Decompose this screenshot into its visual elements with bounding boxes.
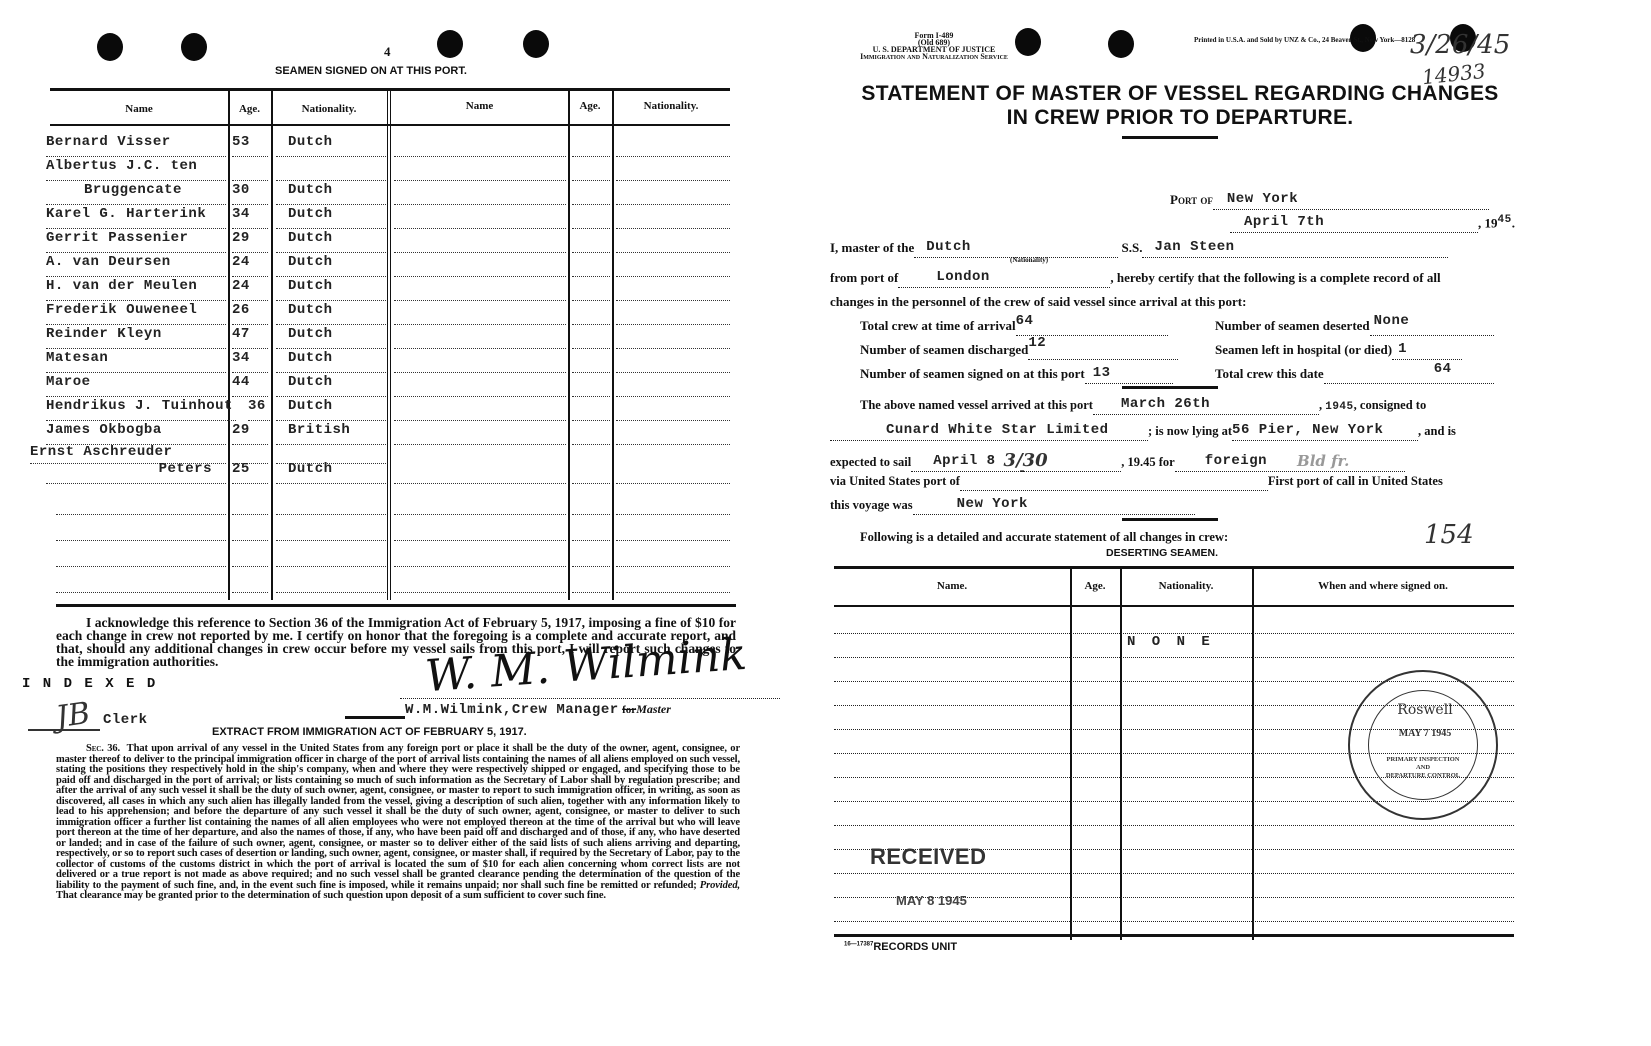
empty-cell (616, 326, 730, 349)
seaman-age: 24 (232, 278, 268, 301)
stat-total-date: Total crew this date64 (1215, 366, 1494, 384)
form-header: Form I-489 (Old 689) U. S. DEPARTMENT OF… (834, 32, 1034, 60)
punch-hole (523, 30, 549, 58)
deserting-col-signed-on: When and where signed on. (1252, 580, 1514, 592)
seaman-nationality: British (276, 422, 386, 445)
table-row: Frederik Ouweneel 26 Dutch (0, 302, 740, 326)
stat-value: None (1370, 313, 1410, 329)
stamp-text: PRIMARY INSPECTION AND DEPARTURE CONTROL (1366, 756, 1480, 780)
stat-value: 1 (1392, 341, 1407, 357)
vessel-name: Jan Steen (1142, 239, 1234, 255)
expected-year: 19.45 (1127, 455, 1155, 469)
column-header-name-2: Name (391, 100, 568, 112)
received-stamp-date: MAY 8 1945 (896, 893, 967, 908)
seaman-name: Gerrit Passenier (46, 230, 226, 253)
empty-cell (616, 461, 730, 484)
empty-cell (572, 326, 610, 349)
empty-cell (394, 374, 566, 397)
stat-label: Number of seamen signed on at this port (860, 366, 1085, 381)
seaman-age: 26 (232, 302, 268, 325)
destination-value: foreign (1175, 453, 1267, 469)
table-row-empty (0, 570, 740, 594)
empty-cell (616, 398, 730, 421)
seaman-nationality: Dutch (276, 350, 386, 373)
table-row: Maroe 44 Dutch (0, 374, 740, 398)
empty-cell (616, 230, 730, 253)
ss-label: S.S. (1122, 240, 1143, 255)
handwritten-date-note: 3/26/45 (1410, 30, 1510, 60)
table-row-empty (0, 492, 740, 516)
arrived-line: The above named vessel arrived at this p… (860, 398, 1426, 415)
seaman-name: Karel G. Harterink (46, 206, 226, 229)
empty-cell (572, 544, 610, 567)
empty-cell (232, 544, 268, 567)
changes-text: changes in the personnel of the crew of … (830, 294, 1246, 310)
signatory: W.M.Wilmink,Crew Manager forMaster (405, 702, 671, 718)
empty-cell (572, 492, 610, 515)
stat-value: 12 (1028, 335, 1046, 351)
extract-title: EXTRACT FROM IMMIGRATION ACT OF FEBRUARY… (212, 726, 527, 738)
vessel-field: Jan Steen (1142, 240, 1448, 258)
empty-cell (276, 492, 386, 515)
stat-discharged: Number of seamen discharged12 (860, 342, 1178, 360)
stat-total-arrival: Total crew at time of arrival64 (860, 318, 1168, 336)
stamp-date: MAY 7 1945 (1380, 728, 1470, 739)
stat-value: 64 (1016, 313, 1034, 329)
table-row: Reinder Kleyn 47 Dutch (0, 326, 740, 350)
empty-cell (616, 422, 730, 445)
empty-cell (394, 518, 566, 541)
empty-cell (572, 350, 610, 373)
empty-cell (394, 461, 566, 484)
seaman-name: Matesan (46, 350, 226, 373)
signatory-name: W.M.Wilmink,Crew Manager (405, 702, 619, 718)
first-port-label: First port of call in United States (1268, 474, 1443, 488)
port-of-label: Port of (1170, 192, 1213, 207)
lying-at-value: 56 Pier, New York (1232, 422, 1383, 438)
consigned-label: , consigned to (1354, 398, 1427, 412)
empty-cell (394, 134, 566, 157)
seaman-age: 24 (232, 254, 268, 277)
seaman-name: Bruggencate (46, 182, 226, 205)
empty-cell (572, 518, 610, 541)
voyage-label: this voyage was (830, 498, 913, 512)
footer-code: 16—17387 (844, 941, 873, 947)
table-bottom-rule (56, 604, 736, 607)
header-rule (834, 605, 1514, 607)
via-value: - (960, 464, 1027, 480)
seaman-age: 34 (232, 350, 268, 373)
received-stamp: RECEIVED (870, 844, 986, 870)
empty-cell (572, 158, 610, 181)
voyage-line: this voyage wasNew York (830, 498, 1195, 515)
stat-label: Number of seamen deserted (1215, 318, 1370, 333)
table-row: Albertus J.C. ten (0, 158, 740, 182)
seaman-nationality (276, 158, 386, 181)
table-row: Hendrikus J. Tuinhout 36 Dutch (0, 398, 740, 422)
via-label: via United States port of (830, 474, 960, 488)
stat-signed-on: Number of seamen signed on at this port1… (860, 366, 1173, 384)
empty-cell (616, 206, 730, 229)
printer-note: Printed in U.S.A. and Sold by UNZ & Co.,… (1194, 36, 1415, 44)
empty-cell (394, 492, 566, 515)
seaman-nationality: Dutch (276, 254, 386, 277)
seaman-name: Peters (46, 461, 226, 484)
empty-cell (232, 518, 268, 541)
empty-cell (232, 492, 268, 515)
stat-label: Seamen left in hospital (or died) (1215, 342, 1392, 357)
extract-tail: That clearance may be granted prior to t… (56, 890, 606, 901)
from-port-label: from port of (830, 270, 898, 285)
empty-cell (572, 254, 610, 277)
seaman-name: Reinder Kleyn (46, 326, 226, 349)
title-line-2: IN CREW PRIOR TO DEPARTURE. (830, 106, 1530, 130)
column-header-nationality-2: Nationality. (612, 100, 730, 112)
footer: 16—17387RECORDS UNIT (844, 941, 957, 953)
via-line: via United States port of-First port of … (830, 474, 1443, 491)
seaman-age: 29 (232, 422, 268, 445)
seaman-age: 29 (232, 230, 268, 253)
form-title: STATEMENT OF MASTER OF VESSEL REGARDING … (830, 82, 1530, 130)
empty-cell (572, 206, 610, 229)
title-rule (1122, 136, 1218, 139)
section-rule (1122, 518, 1218, 521)
deserting-col-name: Name. (834, 580, 1070, 592)
table-row: H. van der Meulen 24 Dutch (0, 278, 740, 302)
port-of-field: New York (1213, 192, 1489, 210)
date-line: April 7th, 1945. (1230, 214, 1515, 233)
seaman-age (232, 158, 268, 181)
master-line: I, master of theDutch S.S.Jan Steen (830, 240, 1448, 258)
column-header-name: Name (50, 103, 228, 115)
seaman-age: 30 (232, 182, 268, 205)
table-row-empty (0, 544, 740, 568)
seaman-name: A. van Deursen (46, 254, 226, 277)
for-label: for (1159, 455, 1175, 469)
empty-cell (616, 350, 730, 373)
punch-hole (1108, 30, 1134, 58)
empty-cell (572, 422, 610, 445)
table-row: James Okbogba 29 British (0, 422, 740, 446)
deserting-col-nationality: Nationality. (1120, 580, 1252, 592)
empty-cell (572, 570, 610, 593)
seaman-name: Frederik Ouweneel (46, 302, 226, 325)
seaman-age: 53 (232, 134, 268, 157)
empty-cell (616, 134, 730, 157)
empty-cell (394, 230, 566, 253)
consignee-line: Cunard White Star Limited; is now lying … (830, 424, 1456, 441)
stamp-text-3: DEPARTURE CONTROL (1366, 772, 1480, 780)
seaman-name: Maroe (46, 374, 226, 397)
certify-text: , hereby certify that the following is a… (1110, 270, 1440, 285)
table-row: Bernard Visser 53 Dutch (0, 134, 740, 158)
stat-label: Total crew this date (1215, 366, 1324, 381)
deserting-table-bottom (834, 934, 1514, 937)
master-of-label: I, master of the (830, 240, 914, 255)
nationality-value: Dutch (914, 239, 971, 255)
deserting-none-entry: N O N E (1127, 634, 1214, 650)
section-title: SEAMEN SIGNED ON AT THIS PORT. (275, 65, 467, 77)
arrived-value: March 26th (1093, 396, 1210, 412)
service: Immigration and Naturalization Service (834, 53, 1034, 60)
extract-text: Sec. 36. That upon arrival of any vessel… (56, 744, 740, 902)
seaman-age: 25 (232, 461, 268, 484)
table-row: A. van Deursen 24 Dutch (0, 254, 740, 278)
from-port-field: London (898, 270, 1110, 288)
year-value: 45 (1498, 214, 1512, 226)
empty-cell (616, 158, 730, 181)
empty-cell (56, 492, 226, 515)
page-number: 4 (384, 44, 391, 60)
stat-label: Total crew at time of arrival (860, 318, 1016, 333)
empty-cell (616, 544, 730, 567)
table-row: Bruggencate 30 Dutch (0, 182, 740, 206)
seaman-name: James Okbogba (46, 422, 226, 445)
lying-label: ; is now lying at (1148, 424, 1232, 438)
destination-handwritten: Bld fr. (1267, 452, 1349, 470)
nationality-caption: (Nationality) (1010, 256, 1048, 264)
empty-cell (616, 492, 730, 515)
stat-value: 13 (1085, 365, 1111, 381)
following-text: Following is a detailed and accurate sta… (860, 530, 1228, 545)
seaman-nationality: Dutch (276, 134, 386, 157)
empty-cell (616, 302, 730, 325)
stamp-city: Roswell (1380, 702, 1470, 718)
seaman-age: 44 (232, 374, 268, 397)
seaman-nationality: Dutch (276, 206, 386, 229)
empty-cell (232, 570, 268, 593)
date-value: April 7th (1230, 214, 1324, 230)
empty-cell (56, 518, 226, 541)
empty-cell (394, 182, 566, 205)
from-port-line: from port ofLondon, hereby certify that … (830, 270, 1441, 288)
seaman-nationality: Dutch (276, 374, 386, 397)
stamp-text-1: PRIMARY INSPECTION (1366, 756, 1480, 764)
consignee-value: Cunard White Star Limited (830, 422, 1109, 438)
seaman-nationality: Dutch (276, 398, 386, 421)
extract-section: Sec. 36. (86, 743, 120, 754)
signatory-role: Master (636, 702, 671, 716)
seaman-nationality: Dutch (276, 302, 386, 325)
year-prefix: 19 (1485, 215, 1498, 230)
empty-cell (394, 254, 566, 277)
empty-cell (56, 544, 226, 567)
and-is-label: , and is (1418, 424, 1456, 438)
empty-cell (572, 461, 610, 484)
column-header-age-2: Age. (568, 100, 612, 112)
deserting-col-age: Age. (1070, 580, 1120, 592)
empty-cell (616, 254, 730, 277)
stamp-text-2: AND (1366, 764, 1480, 772)
section-rule (1122, 386, 1218, 389)
seaman-age: 36 (248, 398, 270, 421)
empty-cell (394, 544, 566, 567)
empty-cell (572, 374, 610, 397)
arrived-label: The above named vessel arrived at this p… (860, 398, 1093, 412)
expected-label: expected to sail (830, 455, 911, 469)
empty-cell (572, 182, 610, 205)
empty-cell (394, 206, 566, 229)
empty-cell (276, 544, 386, 567)
table-row: Matesan 34 Dutch (0, 350, 740, 374)
stat-deserted: Number of seamen desertedNone (1215, 318, 1494, 336)
seaman-nationality: Dutch (276, 182, 386, 205)
empty-cell (572, 398, 610, 421)
empty-cell (616, 570, 730, 593)
empty-cell (394, 326, 566, 349)
empty-cell (276, 570, 386, 593)
stat-hospital: Seamen left in hospital (or died)1 (1215, 342, 1462, 360)
right-page: Form I-489 (Old 689) U. S. DEPARTMENT OF… (820, 0, 1651, 1046)
empty-cell (276, 518, 386, 541)
empty-cell (572, 278, 610, 301)
seaman-age: 34 (232, 206, 268, 229)
expected-line: expected to sailApril 83/30, 19.45 forfo… (830, 450, 1405, 472)
empty-cell (572, 230, 610, 253)
stat-label: Number of seamen discharged (860, 342, 1028, 357)
footer-unit: RECORDS UNIT (873, 941, 957, 953)
table-row-empty (834, 612, 1514, 634)
column-header-age: Age. (228, 103, 271, 115)
title-line-1: STATEMENT OF MASTER OF VESSEL REGARDING … (830, 82, 1530, 106)
empty-cell (394, 350, 566, 373)
indexed-stamp: I N D E X E D (22, 676, 157, 692)
signatory-for: for (622, 704, 636, 716)
seaman-nationality: Dutch (276, 278, 386, 301)
empty-cell (616, 278, 730, 301)
empty-cell (394, 398, 566, 421)
handwritten-count: 154 (1424, 520, 1474, 550)
stat-value: 64 (1324, 361, 1452, 377)
empty-cell (616, 374, 730, 397)
table-row: Peters 25 Dutch (0, 461, 740, 485)
empty-cell (394, 302, 566, 325)
date-field: April 7th (1230, 215, 1478, 233)
empty-cell (394, 570, 566, 593)
clerk-line (28, 729, 100, 731)
signature-line (400, 698, 780, 699)
extract-provided: Provided, (700, 880, 740, 891)
deserting-table-top (834, 566, 1514, 569)
port-of-line: Port ofNew York (1170, 192, 1489, 210)
empty-cell (572, 302, 610, 325)
empty-cell (616, 518, 730, 541)
arrived-year: 1945 (1325, 401, 1353, 413)
punch-hole (437, 30, 463, 58)
empty-cell (394, 422, 566, 445)
seaman-nationality: Dutch (276, 326, 386, 349)
header-rule (50, 124, 730, 126)
column-header-nationality: Nationality. (271, 103, 387, 115)
seaman-name: Hendrikus J. Tuinhout (46, 398, 236, 421)
seaman-nationality: Dutch (276, 461, 386, 484)
left-page: 4 SEAMEN SIGNED ON AT THIS PORT. Name Ag… (0, 0, 800, 1046)
seaman-name: Albertus J.C. ten (46, 158, 226, 181)
from-port-value: London (898, 269, 989, 285)
voyage-value: New York (913, 496, 1028, 512)
empty-cell (616, 182, 730, 205)
signature-underline (345, 716, 405, 719)
seaman-name: Bernard Visser (46, 134, 226, 157)
clerk-label: Clerk (103, 712, 148, 728)
empty-cell (394, 158, 566, 181)
seaman-name: H. van der Meulen (46, 278, 226, 301)
punch-hole (181, 33, 207, 61)
punch-hole (97, 33, 123, 61)
table-row-empty (0, 518, 740, 542)
seaman-nationality: Dutch (276, 230, 386, 253)
port-of-value: New York (1213, 191, 1298, 207)
table-row: Gerrit Passenier 29 Dutch (0, 230, 740, 254)
empty-cell (56, 570, 226, 593)
table-row: Karel G. Harterink 34 Dutch (0, 206, 740, 230)
extract-body: That upon arrival of any vessel in the U… (56, 743, 740, 891)
seaman-age: 47 (232, 326, 268, 349)
empty-cell (572, 134, 610, 157)
deserting-title: DESERTING SEAMEN. (1106, 547, 1218, 559)
empty-cell (394, 278, 566, 301)
